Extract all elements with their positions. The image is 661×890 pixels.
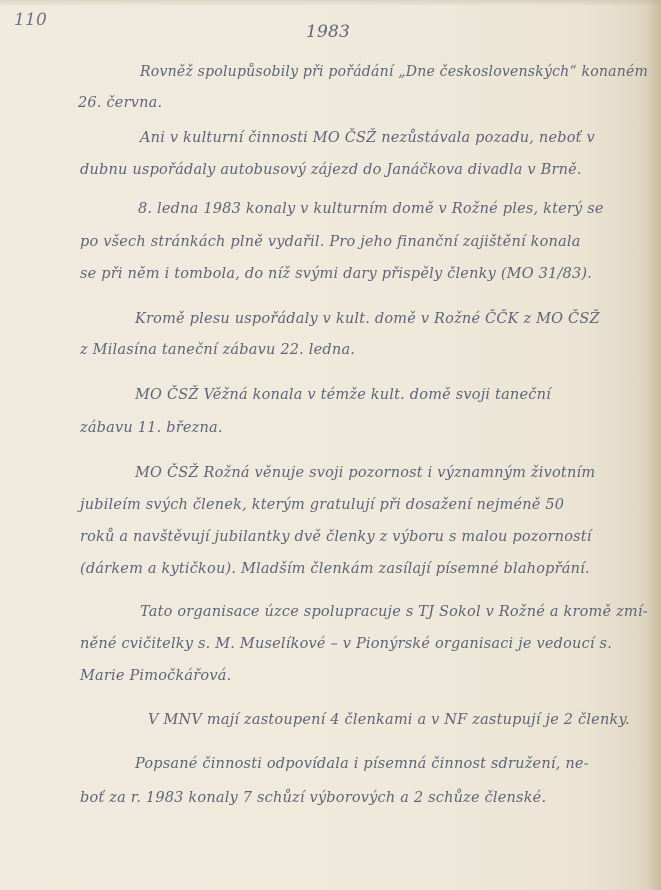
text-line: se při něm i tombola, do níž svými dary … <box>80 266 592 282</box>
text-line: 26. června. <box>78 95 162 111</box>
text-line: MO ČSŽ Rožná věnuje svoji pozornost i vý… <box>135 465 595 481</box>
text-line: Ani v kulturní činnosti MO ČSŽ nezůstáva… <box>140 130 595 146</box>
text-line: Kromě plesu uspořádaly v kult. domě v Ro… <box>135 311 600 327</box>
text-line: z Milasína taneční zábavu 22. ledna. <box>80 342 355 358</box>
text-line: jubileím svých členek, kterým gratulují … <box>80 497 564 513</box>
text-line: V MNV mají zastoupení 4 členkami a v NF … <box>148 712 630 728</box>
year-heading: 1983 <box>306 22 350 42</box>
text-line: 8. ledna 1983 konaly v kulturním domě v … <box>138 201 604 217</box>
text-line: (dárkem a kytičkou). Mladším členkám zas… <box>80 561 590 577</box>
page-number: 110 <box>14 10 47 30</box>
text-line: po všech stránkách plně vydařil. Pro jeh… <box>80 234 581 250</box>
binding-edge-shadow <box>647 0 661 890</box>
page-top-shadow <box>0 0 661 6</box>
text-line: boť za r. 1983 konaly 7 schůzí výborovýc… <box>80 790 546 806</box>
text-line: něné cvičitelky s. M. Muselíkové – v Pio… <box>80 636 612 652</box>
text-line: zábavu 11. března. <box>80 420 223 436</box>
text-line: Marie Pimočkářová. <box>80 668 231 684</box>
text-line: MO ČSŽ Věžná konala v témže kult. domě s… <box>135 387 551 403</box>
text-line: Rovněž spolupůsobily při pořádání „Dne č… <box>140 64 648 80</box>
scanned-chronicle-page: 110 1983 Rovněž spolupůsobily při pořádá… <box>0 0 661 890</box>
text-line: Tato organisace úzce spolupracuje s TJ S… <box>140 604 648 620</box>
text-line: dubnu uspořádaly autobusový zájezd do Ja… <box>80 162 582 178</box>
text-line: Popsané činnosti odpovídala i písemná či… <box>135 756 589 772</box>
text-line: roků a navštěvují jubilantky dvě členky … <box>80 529 592 545</box>
